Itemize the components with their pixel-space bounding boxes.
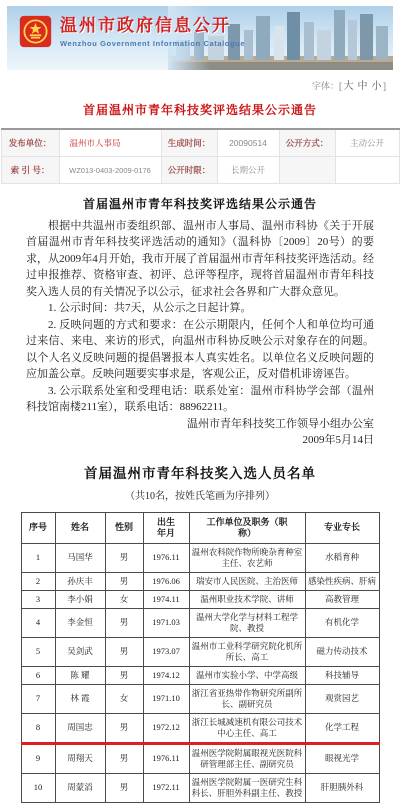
- table-row: 2孙庆丰男1976.06瑞安市人民医院、主治医师感染性疾病、肝病: [21, 572, 379, 590]
- paragraph: 根据中共温州市委组织部、温州市人事局、温州市科协《关于开展首届温州市青年科技奖评…: [26, 218, 374, 301]
- table-cell: 1973.07: [143, 637, 189, 666]
- open-mode-label: 公开方式：: [279, 129, 335, 157]
- table-cell: 3: [21, 590, 55, 608]
- col-header-birth: 出生 年月: [143, 512, 189, 543]
- table-cell: 温州大学化学与材料工程学院、教授: [189, 608, 305, 637]
- table-cell: 男: [105, 666, 143, 684]
- table-cell: 男: [105, 637, 143, 666]
- table-cell: 眼视光学: [305, 743, 379, 773]
- roster-body: 1马国华男1976.11温州农科院作物所晚杂育种室主任、农艺师水稻育种2孙庆丰男…: [21, 543, 379, 802]
- roster-note: （共10名，按姓氏笔画为序排列）: [0, 487, 400, 502]
- col-header-gender: 性别: [105, 512, 143, 543]
- site-title: 温州市政府信息公开: [60, 16, 245, 36]
- open-mode-value: 主动公开: [335, 129, 399, 157]
- page: 温州市政府信息公开 Wenzhou Government Information…: [0, 0, 400, 811]
- table-cell: 1972.11: [143, 773, 189, 802]
- table-cell: 6: [21, 666, 55, 684]
- table-cell: 1974.12: [143, 666, 189, 684]
- meta-empty-label-cell: [279, 157, 335, 184]
- table-cell: 周翔天: [55, 743, 105, 773]
- table-row: 9周翔天男1976.11温州医学院附属眼视光医院科研管理部主任、副研究员眼视光学: [21, 743, 379, 773]
- table-row: 8周国忠男1972.12浙江长城减速机有限公司技术中心主任、高工化学工程: [21, 713, 379, 743]
- table-cell: 1976.06: [143, 572, 189, 590]
- table-cell: 女: [105, 684, 143, 713]
- table-cell: 男: [105, 572, 143, 590]
- table-cell: 男: [105, 713, 143, 743]
- index-label: 索 引 号：: [1, 157, 59, 184]
- table-cell: 1971.03: [143, 608, 189, 637]
- table-cell: 1976.11: [143, 743, 189, 773]
- font-size-small[interactable]: 小: [371, 81, 381, 92]
- table-row: 5吴剑武男1973.07温州市工业科学研究院化机所所长、高工磁力传动技术: [21, 637, 379, 666]
- table-cell: 高教管理: [305, 590, 379, 608]
- national-emblem-icon: [19, 15, 52, 48]
- font-size-large[interactable]: 大: [343, 81, 353, 92]
- table-cell: 1: [21, 543, 55, 572]
- signoff-office: 温州市青年科技奖工作领导小组办公室: [26, 416, 374, 433]
- paragraph: 2. 反映问题的方式和要求：在公示期限内，任何个人和单位均可通过来信、来电、来访…: [26, 317, 374, 383]
- meta-row: 索 引 号： WZ013-0403-2009-0176 公开时限： 长期公开: [1, 157, 399, 184]
- table-cell: 林 霞: [55, 684, 105, 713]
- meta-empty-value-cell: [335, 157, 399, 184]
- table-cell: 温州职业技术学院、讲师: [189, 590, 305, 608]
- table-cell: 4: [21, 608, 55, 637]
- roster-table: 序号 姓名 性别 出生 年月 工作单位及职务（职 称） 专业专长 1马国华男19…: [21, 512, 380, 803]
- paragraph: 1. 公示时间：共7天，从公示之日起计算。: [26, 300, 374, 317]
- table-cell: 有机化学: [305, 608, 379, 637]
- table-cell: 马国华: [55, 543, 105, 572]
- font-size-suffix: ]: [383, 81, 386, 91]
- table-cell: 温州市工业科学研究院化机所所长、高工: [189, 637, 305, 666]
- publisher-value: 温州市人事局: [59, 129, 161, 157]
- table-cell: 化学工程: [305, 713, 379, 743]
- table-row: 7林 霞女1971.10浙江省亚热带作物研究所副所长、副研究员观赏园艺: [21, 684, 379, 713]
- col-header-specialty: 专业专长: [305, 512, 379, 543]
- open-period-label: 公开时限：: [161, 157, 217, 184]
- font-size-label: 字体：[: [312, 81, 342, 91]
- gen-date-value: 20090514: [217, 129, 279, 157]
- table-cell: 1971.10: [143, 684, 189, 713]
- table-cell: 吴剑武: [55, 637, 105, 666]
- table-cell: 浙江省亚热带作物研究所副所长、副研究员: [189, 684, 305, 713]
- col-header-index: 序号: [21, 512, 55, 543]
- open-period-value: 长期公开: [217, 157, 279, 184]
- table-cell: 10: [21, 773, 55, 802]
- table-cell: 周蒙滔: [55, 773, 105, 802]
- table-cell: 李小娟: [55, 590, 105, 608]
- announcement-body: 首届温州市青年科技奖评选结果公示通告 根据中共温州市委组织部、温州市人事局、温州…: [0, 184, 400, 449]
- table-cell: 感染性疾病、肝病: [305, 572, 379, 590]
- table-cell: 男: [105, 543, 143, 572]
- table-cell: 5: [21, 637, 55, 666]
- font-size-selector: 字体：[大中小]: [0, 70, 400, 92]
- table-cell: 8: [21, 713, 55, 743]
- roster-title: 首届温州市青年科技奖入选人员名单: [0, 462, 400, 482]
- table-cell: 肝胆胰外科: [305, 773, 379, 802]
- table-cell: 水稻育种: [305, 543, 379, 572]
- index-value: WZ013-0403-2009-0176: [59, 157, 161, 184]
- table-cell: 孙庆丰: [55, 572, 105, 590]
- table-cell: 李金恒: [55, 608, 105, 637]
- table-cell: 男: [105, 773, 143, 802]
- signoff-date: 2009年5月14日: [26, 432, 374, 449]
- meta-table: 发布单位： 温州市人事局 生成时间： 20090514 公开方式： 主动公开 索…: [1, 128, 400, 184]
- table-cell: 7: [21, 684, 55, 713]
- meta-row: 发布单位： 温州市人事局 生成时间： 20090514 公开方式： 主动公开: [1, 129, 399, 157]
- paragraph: 3. 公示联系处室和受理电话：联系处室：温州市科协学会部（温州科技馆南楼211室…: [26, 383, 374, 416]
- page-title: 首届温州市青年科技奖评选结果公示通告: [0, 101, 400, 118]
- table-cell: 瑞安市人民医院、主治医师: [189, 572, 305, 590]
- table-cell: 男: [105, 743, 143, 773]
- table-row: 10周蒙滔男1972.11温州医学院附属一医研究生科科长、肝胆外科副主任、教授肝…: [21, 773, 379, 802]
- font-size-medium[interactable]: 中: [357, 81, 367, 92]
- publisher-label: 发布单位：: [1, 129, 59, 157]
- col-header-name: 姓名: [55, 512, 105, 543]
- table-cell: 温州市实验小学、中学高级: [189, 666, 305, 684]
- site-subtitle: Wenzhou Government Information Catalogue: [60, 39, 245, 48]
- table-row: 6陈 耀男1974.12温州市实验小学、中学高级科技辅导: [21, 666, 379, 684]
- table-cell: 1972.12: [143, 713, 189, 743]
- table-cell: 观赏园艺: [305, 684, 379, 713]
- table-cell: 女: [105, 590, 143, 608]
- gen-date-label: 生成时间：: [161, 129, 217, 157]
- announcement-title: 首届温州市青年科技奖评选结果公示通告: [26, 196, 374, 213]
- table-cell: 1974.11: [143, 590, 189, 608]
- table-cell: 陈 耀: [55, 666, 105, 684]
- banner-titles: 温州市政府信息公开 Wenzhou Government Information…: [60, 15, 245, 48]
- table-cell: 浙江长城减速机有限公司技术中心主任、高工: [189, 713, 305, 743]
- table-row: 1马国华男1976.11温州农科院作物所晚杂育种室主任、农艺师水稻育种: [21, 543, 379, 572]
- roster-header-row: 序号 姓名 性别 出生 年月 工作单位及职务（职 称） 专业专长: [21, 512, 379, 543]
- table-cell: 磁力传动技术: [305, 637, 379, 666]
- table-cell: 周国忠: [55, 713, 105, 743]
- table-cell: 科技辅导: [305, 666, 379, 684]
- table-cell: 温州农科院作物所晚杂育种室主任、农艺师: [189, 543, 305, 572]
- table-cell: 9: [21, 743, 55, 773]
- table-cell: 温州医学院附属一医研究生科科长、肝胆外科副主任、教授: [189, 773, 305, 802]
- table-cell: 2: [21, 572, 55, 590]
- table-cell: 温州医学院附属眼视光医院科研管理部主任、副研究员: [189, 743, 305, 773]
- col-header-workplace: 工作单位及职务（职 称）: [189, 512, 305, 543]
- table-cell: 1976.11: [143, 543, 189, 572]
- site-banner: 温州市政府信息公开 Wenzhou Government Information…: [7, 6, 393, 70]
- table-row: 4李金恒男1971.03温州大学化学与材料工程学院、教授有机化学: [21, 608, 379, 637]
- table-row: 3李小娟女1974.11温州职业技术学院、讲师高教管理: [21, 590, 379, 608]
- table-cell: 男: [105, 608, 143, 637]
